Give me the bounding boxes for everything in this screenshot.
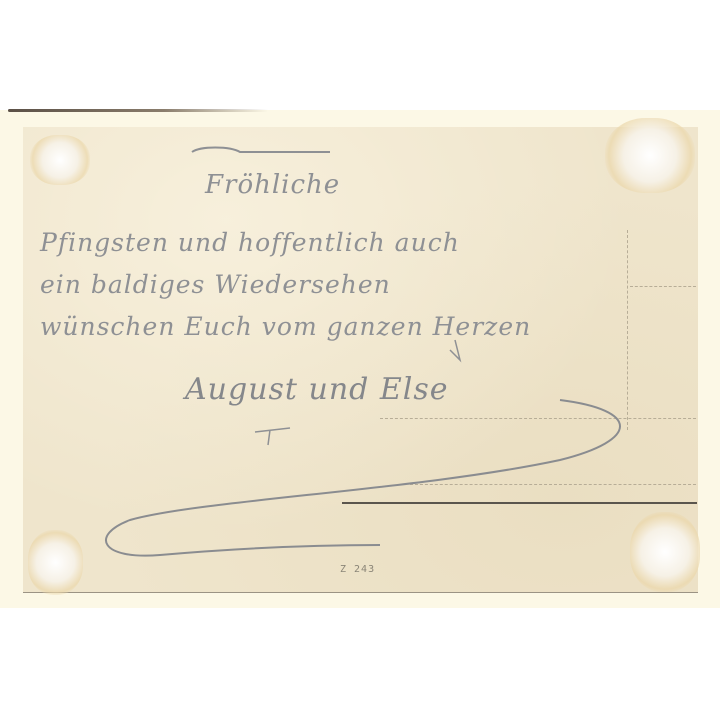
signature: August und Else [185,372,449,407]
message-line-2: ein baldiges Wiedersehen [40,270,391,299]
printed-card-number: Z 243 [340,564,375,575]
pencil-flourishes [0,0,720,720]
message-line-3: wünschen Euch vom ganzen Herzen [40,312,531,341]
message-line-1: Pfingsten und hoffentlich auch [40,228,460,257]
greeting-text: Fröhliche [205,170,340,200]
